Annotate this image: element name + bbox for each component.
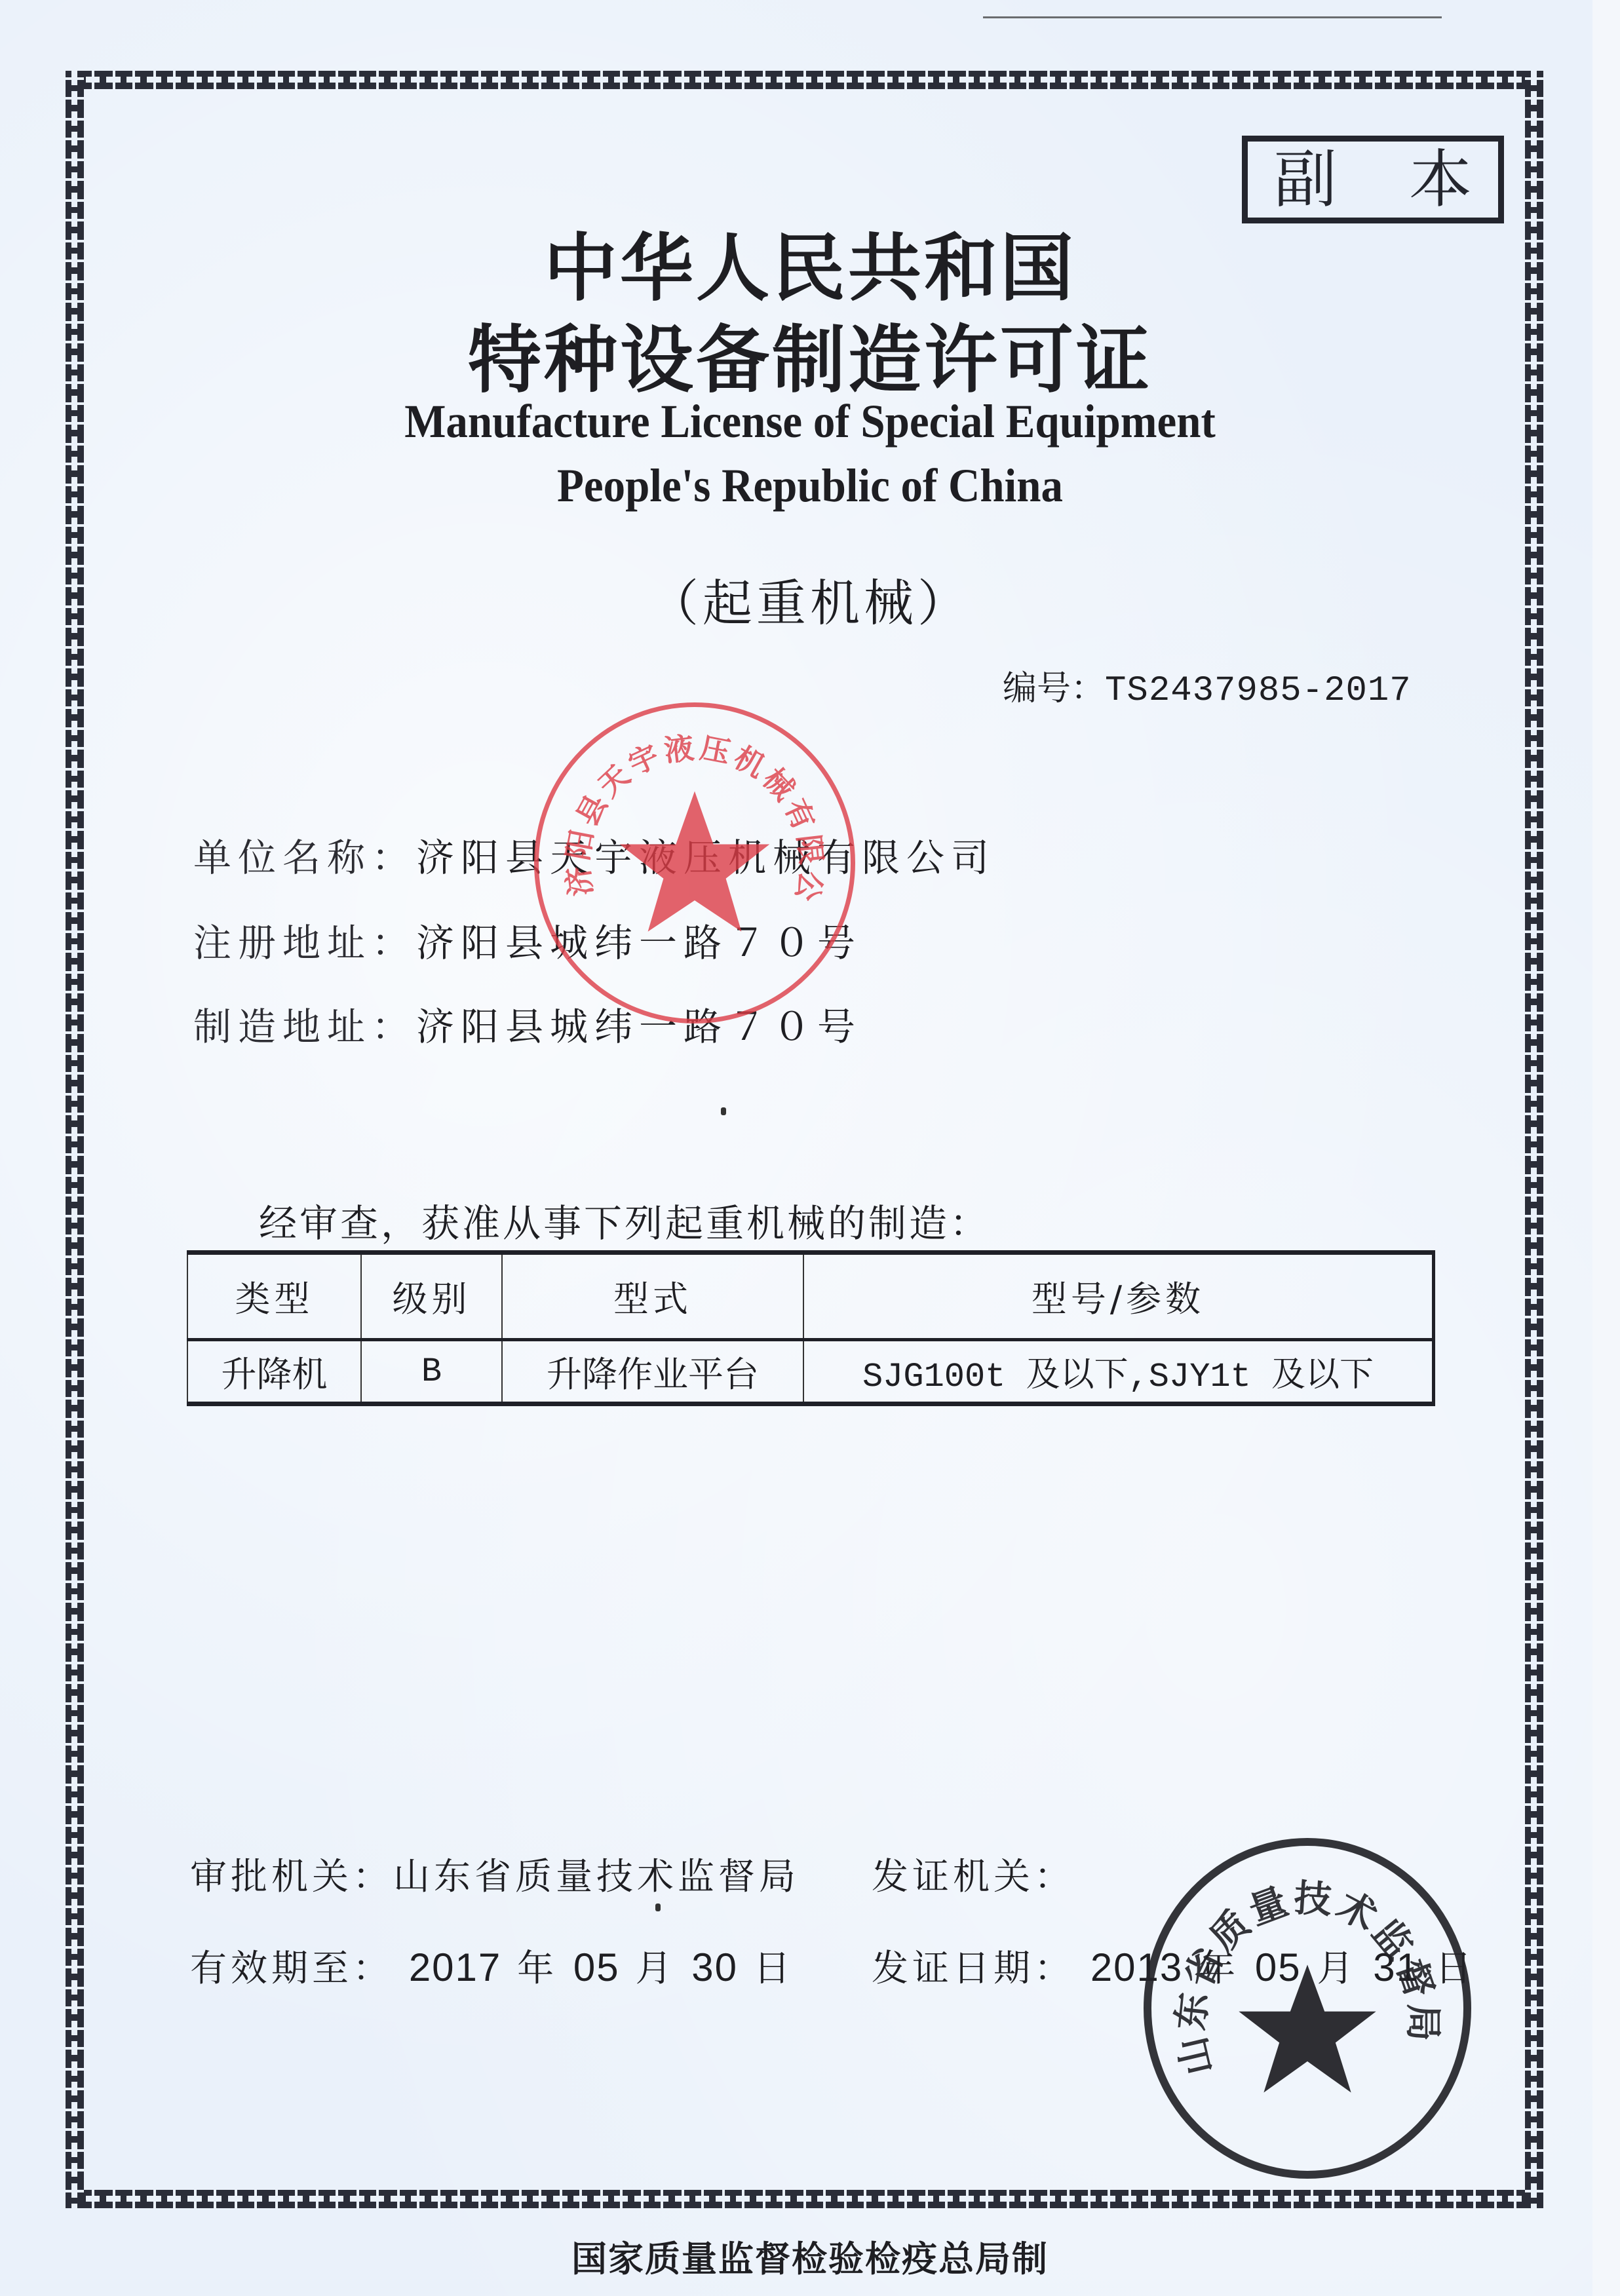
year-unit: 年: [517, 1947, 558, 1990]
header-form: 型式: [502, 1253, 803, 1340]
valid-until-label: 有效期至：: [190, 1947, 393, 1990]
scan-speck: [721, 1107, 726, 1115]
title-chinese-license: 特种设备制造许可证: [0, 301, 1620, 407]
field-registered-address: 注册地址：济阳县城纬一路７０号: [193, 912, 862, 967]
license-number: 编号：TS2437985-2017: [1003, 660, 1412, 711]
issuer-footer: 国家质量监督检验检疫总局制: [0, 2231, 1620, 2282]
title-english-country: People's Republic of China: [57, 459, 1564, 513]
cell-type: 升降机: [187, 1340, 361, 1404]
valid-until-day: 30: [691, 1945, 738, 1989]
issue-date-day: 31: [1373, 1945, 1419, 1989]
year-unit: 年: [1199, 1947, 1239, 1990]
issue-date-month: 05: [1255, 1945, 1302, 1989]
issuing-authority-label: 发证机关：: [872, 1856, 1075, 1898]
issuing-authority: 发证机关：: [872, 1848, 1075, 1900]
approving-authority-label: 审批机关：: [190, 1856, 393, 1898]
field-value: 济阳县城纬一路７０号: [416, 921, 862, 965]
approval-statement: 经审查，获准从事下列起重机械的制造：: [259, 1193, 990, 1248]
day-unit: 日: [1435, 1947, 1476, 1990]
border-bottom: [66, 2190, 1543, 2208]
issue-date: 发证日期： 2013 年 05 月 31 日: [872, 1940, 1476, 1992]
header-type: 类型: [187, 1253, 361, 1340]
border-top: [66, 71, 1543, 89]
title-chinese-country: 中华人民共和国: [0, 210, 1620, 315]
table-header-row: 类型 级别 型式 型号/参数: [187, 1253, 1434, 1340]
valid-until-month: 05: [573, 1945, 620, 1989]
title-english-license: Manufacture License of Special Equipment: [57, 394, 1564, 449]
scope-table: 类型 级别 型式 型号/参数 升降机 B 升降作业平台 SJG100t 及以下,…: [187, 1250, 1435, 1406]
cell-level: B: [361, 1340, 502, 1404]
scan-speck: [655, 1904, 661, 1911]
table-row: 升降机 B 升降作业平台 SJG100t 及以下,SJY1t 及以下: [187, 1340, 1434, 1404]
day-unit: 日: [754, 1947, 794, 1990]
approving-authority: 审批机关：山东省质量技术监督局: [190, 1848, 800, 1900]
cell-form: 升降作业平台: [502, 1340, 803, 1404]
copy-stamp-char-1: 副: [1274, 148, 1337, 211]
month-unit: 月: [635, 1947, 676, 1990]
scan-artifact-line: [983, 16, 1442, 18]
month-unit: 月: [1317, 1947, 1357, 1990]
issue-date-year: 2013: [1090, 1945, 1183, 1989]
field-manufacturing-address: 制造地址：济阳县城纬一路７０号: [193, 996, 862, 1051]
valid-until: 有效期至： 2017 年 05 月 30 日: [190, 1940, 794, 1992]
valid-until-year: 2017: [409, 1945, 501, 1989]
header-level: 级别: [361, 1253, 502, 1340]
cell-model-params: SJG100t 及以下,SJY1t 及以下: [803, 1340, 1434, 1404]
field-label: 注册地址：: [193, 921, 416, 965]
approving-authority-value: 山东省质量技术监督局: [393, 1856, 800, 1898]
equipment-category: （起重机械）: [0, 564, 1620, 635]
license-number-label: 编号：: [1003, 669, 1105, 708]
field-label: 制造地址：: [193, 1004, 416, 1049]
copy-stamp-char-2: 本: [1409, 148, 1472, 211]
license-number-value: TS2437985-2017: [1105, 671, 1412, 711]
field-value: 济阳县天宇液压机械有限公司: [416, 835, 995, 880]
field-company-name: 单位名称：济阳县天宇液压机械有限公司: [193, 827, 995, 882]
field-label: 单位名称：: [193, 835, 416, 880]
field-value: 济阳县城纬一路７０号: [416, 1004, 862, 1049]
issue-date-label: 发证日期：: [872, 1947, 1075, 1990]
header-model-params: 型号/参数: [803, 1253, 1434, 1340]
